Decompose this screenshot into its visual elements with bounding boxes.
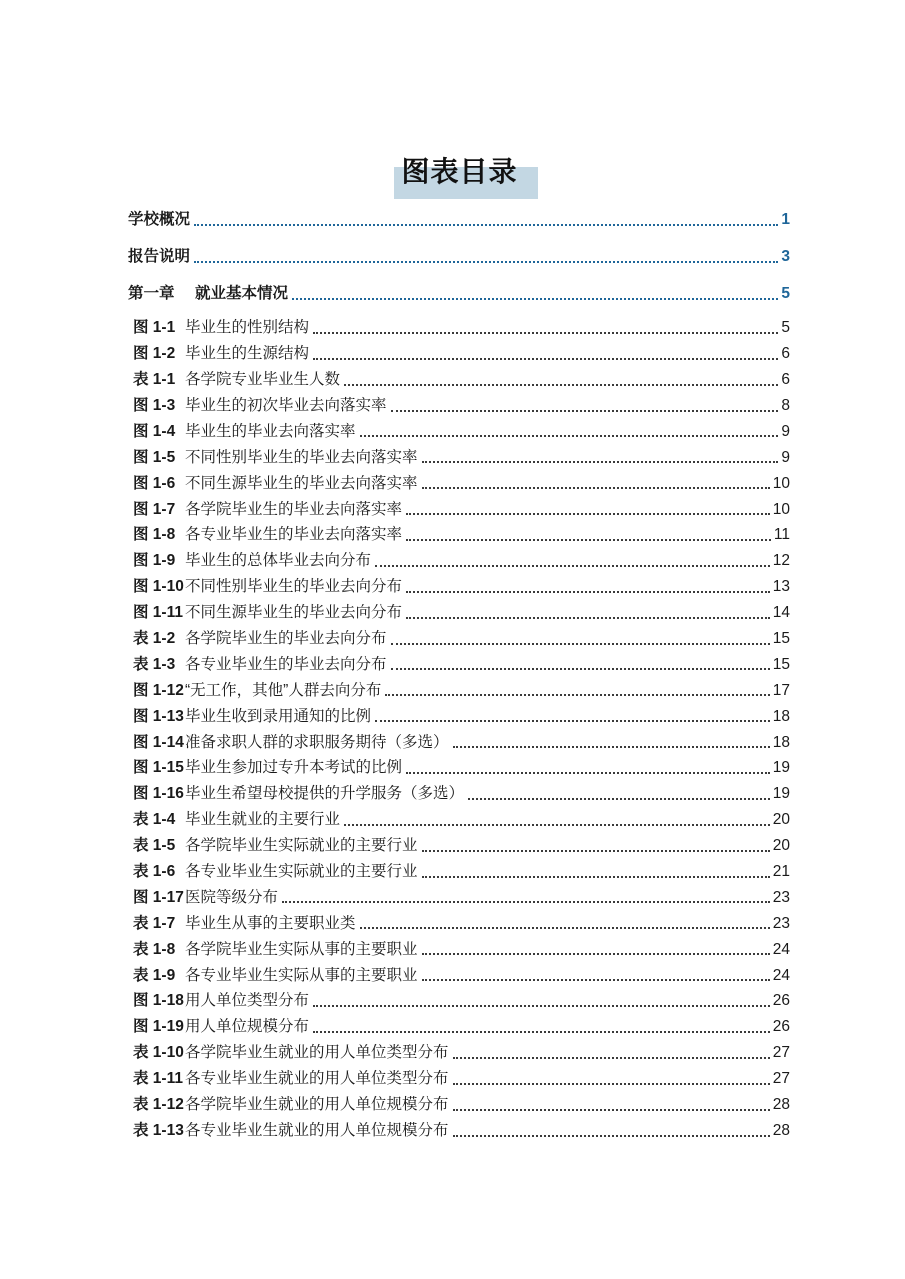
entry-title: 毕业生就业的主要行业 (185, 811, 340, 830)
entry-title: 各专业毕业生的毕业去向分布 (185, 656, 387, 675)
entry-label: 表 1-3 (128, 656, 185, 675)
entry-title: 各专业毕业生实际就业的主要行业 (185, 863, 418, 882)
toc-entry-row[interactable]: 表 1-12各学院毕业生就业的用人单位规模分布28 (128, 1089, 790, 1115)
toc-entry-row[interactable]: 表 1-7毕业生从事的主要职业类23 (128, 907, 790, 933)
toc-entry-row[interactable]: 图 1-18用人单位类型分布26 (128, 985, 790, 1011)
entry-title: 各学院毕业生就业的用人单位类型分布 (185, 1044, 449, 1063)
toc-entry-row[interactable]: 图 1-3毕业生的初次毕业去向落实率8 (128, 390, 790, 416)
page-number: 13 (773, 578, 790, 597)
toc-entry-row[interactable]: 表 1-3各专业毕业生的毕业去向分布15 (128, 649, 790, 675)
entry-label: 图 1-9 (128, 552, 185, 571)
dot-leader (453, 1057, 770, 1059)
entry-title: 用人单位类型分布 (185, 992, 309, 1011)
dot-leader (375, 720, 770, 722)
entry-label: 图 1-2 (128, 345, 185, 364)
entry-label: 表 1-9 (128, 967, 185, 986)
dot-leader (385, 694, 769, 696)
page-number: 24 (773, 967, 790, 986)
entry-label: 图 1-4 (128, 423, 185, 442)
entry-label: 表 1-8 (128, 941, 185, 960)
entry-label: 图 1-19 (128, 1018, 185, 1037)
toc-entry-row[interactable]: 图 1-7各学院毕业生的毕业去向落实率10 (128, 493, 790, 519)
entry-label: 图 1-17 (128, 889, 185, 908)
entry-label: 图 1-7 (128, 501, 185, 520)
entry-label: 表 1-2 (128, 630, 185, 649)
page-number: 6 (781, 371, 790, 390)
entry-label: 表 1-13 (128, 1122, 185, 1141)
dot-leader (344, 824, 770, 826)
entry-label: 图 1-12 (128, 682, 185, 701)
dot-leader (313, 1031, 770, 1033)
page-number: 21 (773, 863, 790, 882)
page-number: 18 (773, 734, 790, 753)
toc-entry-row[interactable]: 表 1-9各专业毕业生实际从事的主要职业24 (128, 959, 790, 985)
page-title: 图表目录 (401, 157, 517, 188)
dot-leader (391, 410, 779, 412)
entry-title: 用人单位规模分布 (185, 1018, 309, 1037)
dot-leader (468, 798, 770, 800)
dot-leader (422, 979, 770, 981)
page-number: 24 (773, 941, 790, 960)
entry-title: 各专业毕业生就业的用人单位类型分布 (185, 1070, 449, 1089)
page-number: 19 (773, 785, 790, 804)
dot-leader (360, 435, 779, 437)
page-number: 6 (781, 345, 790, 364)
entry-label: 表 1-5 (128, 837, 185, 856)
entry-title: 毕业生的初次毕业去向落实率 (185, 397, 387, 416)
page-number: 8 (781, 397, 790, 416)
dot-leader (422, 876, 770, 878)
entry-label: 图 1-5 (128, 449, 185, 468)
dot-leader (453, 746, 770, 748)
dot-leader (360, 927, 770, 929)
dot-leader (422, 487, 770, 489)
dot-leader (453, 1135, 770, 1137)
dot-leader (453, 1109, 770, 1111)
toc-heading-row[interactable]: 报告说明3 (128, 230, 790, 267)
toc-entry-row[interactable]: 表 1-6各专业毕业生实际就业的主要行业21 (128, 856, 790, 882)
dot-leader (313, 332, 778, 334)
document-title-inner: 图表目录 (401, 150, 517, 190)
page-number: 5 (781, 285, 790, 304)
toc-entry-row[interactable]: 图 1-2毕业生的生源结构6 (128, 338, 790, 364)
page-number: 23 (773, 915, 790, 934)
page-number: 23 (773, 889, 790, 908)
entry-title: 毕业生从事的主要职业类 (185, 915, 356, 934)
toc-heading-row[interactable]: 第一章就业基本情况5 (128, 267, 790, 304)
entry-label: 第一章 (128, 285, 195, 304)
entry-title: 学校概况 (128, 211, 190, 230)
page-number: 10 (773, 475, 790, 494)
entry-title: “无工作，其他”人群去向分布 (185, 682, 381, 701)
page-number: 19 (773, 759, 790, 778)
entry-title: 各学院专业毕业生人数 (185, 371, 340, 390)
dot-leader (406, 539, 771, 541)
entry-title: 各专业毕业生就业的用人单位规模分布 (185, 1122, 449, 1141)
page-number: 28 (773, 1096, 790, 1115)
entry-label: 表 1-7 (128, 915, 185, 934)
page-number: 17 (773, 682, 790, 701)
toc-entry-row[interactable]: 图 1-16毕业生希望母校提供的升学服务（多选）19 (128, 778, 790, 804)
toc-entry-row[interactable]: 表 1-5各学院毕业生实际就业的主要行业20 (128, 830, 790, 856)
page-number: 27 (773, 1044, 790, 1063)
entry-label: 表 1-6 (128, 863, 185, 882)
entry-label: 图 1-13 (128, 708, 185, 727)
entry-title: 各学院毕业生实际从事的主要职业 (185, 941, 418, 960)
entry-title: 各专业毕业生实际从事的主要职业 (185, 967, 418, 986)
toc-entry-row[interactable]: 图 1-8各专业毕业生的毕业去向落实率11 (128, 519, 790, 545)
entry-title: 毕业生参加过专升本考试的比例 (185, 759, 402, 778)
table-of-contents: 学校概况1报告说明3第一章就业基本情况5图 1-1毕业生的性别结构5图 1-2毕… (128, 193, 790, 1141)
toc-entry-row[interactable]: 表 1-13各专业毕业生就业的用人单位规模分布28 (128, 1115, 790, 1141)
page-number: 3 (781, 248, 790, 267)
page-number: 28 (773, 1122, 790, 1141)
dot-leader (194, 261, 778, 263)
page-number: 20 (773, 811, 790, 830)
dot-leader (422, 461, 779, 463)
toc-entry-row[interactable]: 图 1-4毕业生的毕业去向落实率9 (128, 416, 790, 442)
entry-title: 就业基本情况 (195, 285, 288, 304)
dot-leader (344, 384, 778, 386)
dot-leader (406, 617, 770, 619)
page-number: 20 (773, 837, 790, 856)
toc-entry-row[interactable]: 表 1-1各学院专业毕业生人数6 (128, 364, 790, 390)
dot-leader (282, 901, 770, 903)
page-number: 18 (773, 708, 790, 727)
entry-label: 图 1-1 (128, 319, 185, 338)
page-number: 9 (781, 449, 790, 468)
dot-leader (391, 668, 770, 670)
entry-title: 毕业生希望母校提供的升学服务（多选） (185, 785, 464, 804)
page-number: 14 (773, 604, 790, 623)
page-number: 9 (781, 423, 790, 442)
entry-label: 表 1-1 (128, 371, 185, 390)
entry-title: 不同性别毕业生的毕业去向分布 (185, 578, 402, 597)
dot-leader (313, 358, 778, 360)
entry-title: 各学院毕业生就业的用人单位规模分布 (185, 1096, 449, 1115)
entry-title: 不同性别毕业生的毕业去向落实率 (185, 449, 418, 468)
page-number: 10 (773, 501, 790, 520)
entry-label: 表 1-11 (128, 1070, 185, 1089)
page-number: 11 (774, 526, 790, 545)
page-number: 1 (781, 211, 790, 230)
entry-title: 毕业生的性别结构 (185, 319, 309, 338)
dot-leader (406, 591, 770, 593)
toc-entry-row[interactable]: 表 1-4毕业生就业的主要行业20 (128, 804, 790, 830)
toc-entry-row[interactable]: 图 1-5不同性别毕业生的毕业去向落实率9 (128, 441, 790, 467)
entry-label: 图 1-18 (128, 992, 185, 1011)
page-number: 5 (781, 319, 790, 338)
entry-title: 不同生源毕业生的毕业去向分布 (185, 604, 402, 623)
dot-leader (292, 298, 778, 300)
entry-title: 各学院毕业生的毕业去向分布 (185, 630, 387, 649)
document-title-block: 图表目录 (0, 150, 905, 190)
dot-leader (391, 643, 770, 645)
entry-label: 图 1-6 (128, 475, 185, 494)
entry-label: 图 1-14 (128, 734, 185, 753)
toc-entry-row[interactable]: 图 1-9毕业生的总体毕业去向分布12 (128, 545, 790, 571)
dot-leader (406, 772, 770, 774)
toc-entry-row[interactable]: 表 1-8各学院毕业生实际从事的主要职业24 (128, 933, 790, 959)
entry-title: 毕业生的生源结构 (185, 345, 309, 364)
entry-title: 毕业生的毕业去向落实率 (185, 423, 356, 442)
entry-label: 图 1-16 (128, 785, 185, 804)
toc-entry-row[interactable]: 图 1-6不同生源毕业生的毕业去向落实率10 (128, 467, 790, 493)
document-page: 图表目录 学校概况1报告说明3第一章就业基本情况5图 1-1毕业生的性别结构5图… (0, 0, 905, 1279)
entry-title: 各专业毕业生的毕业去向落实率 (185, 526, 402, 545)
entry-label: 表 1-10 (128, 1044, 185, 1063)
toc-entry-row[interactable]: 图 1-13毕业生收到录用通知的比例18 (128, 700, 790, 726)
entry-label: 图 1-3 (128, 397, 185, 416)
entry-title: 毕业生的总体毕业去向分布 (185, 552, 371, 571)
entry-title: 各学院毕业生的毕业去向落实率 (185, 501, 402, 520)
entry-label: 图 1-8 (128, 526, 185, 545)
entry-title: 各学院毕业生实际就业的主要行业 (185, 837, 418, 856)
entry-label: 图 1-11 (128, 604, 185, 623)
toc-entry-row[interactable]: 表 1-10各学院毕业生就业的用人单位类型分布27 (128, 1037, 790, 1063)
dot-leader (422, 850, 770, 852)
dot-leader (453, 1083, 770, 1085)
toc-entry-row[interactable]: 图 1-14准备求职人群的求职服务期待（多选）18 (128, 726, 790, 752)
entry-title: 不同生源毕业生的毕业去向落实率 (185, 475, 418, 494)
page-number: 12 (773, 552, 790, 571)
toc-entry-row[interactable]: 图 1-1毕业生的性别结构5 (128, 312, 790, 338)
toc-entry-row[interactable]: 图 1-15毕业生参加过专升本考试的比例19 (128, 752, 790, 778)
entry-label: 表 1-4 (128, 811, 185, 830)
entry-title: 医院等级分布 (185, 889, 278, 908)
toc-entry-row[interactable]: 表 1-2各学院毕业生的毕业去向分布15 (128, 623, 790, 649)
page-number: 15 (773, 630, 790, 649)
dot-leader (422, 953, 770, 955)
toc-entry-row[interactable]: 图 1-17医院等级分布23 (128, 882, 790, 908)
entry-label: 图 1-15 (128, 759, 185, 778)
entry-label: 表 1-12 (128, 1096, 185, 1115)
toc-heading-row[interactable]: 学校概况1 (128, 193, 790, 230)
entry-title: 报告说明 (128, 248, 190, 267)
dot-leader (406, 513, 770, 515)
toc-entry-row[interactable]: 图 1-12“无工作，其他”人群去向分布17 (128, 674, 790, 700)
toc-entry-row[interactable]: 图 1-19用人单位规模分布26 (128, 1011, 790, 1037)
dot-leader (313, 1005, 770, 1007)
entry-title: 准备求职人群的求职服务期待（多选） (185, 734, 449, 753)
page-number: 15 (773, 656, 790, 675)
page-number: 27 (773, 1070, 790, 1089)
toc-entry-row[interactable]: 图 1-10不同性别毕业生的毕业去向分布13 (128, 571, 790, 597)
dot-leader (375, 565, 770, 567)
page-number: 26 (773, 992, 790, 1011)
entry-label: 图 1-10 (128, 578, 185, 597)
toc-entry-row[interactable]: 表 1-11各专业毕业生就业的用人单位类型分布27 (128, 1063, 790, 1089)
page-number: 26 (773, 1018, 790, 1037)
entry-title: 毕业生收到录用通知的比例 (185, 708, 371, 727)
toc-entry-row[interactable]: 图 1-11不同生源毕业生的毕业去向分布14 (128, 597, 790, 623)
dot-leader (194, 224, 778, 226)
